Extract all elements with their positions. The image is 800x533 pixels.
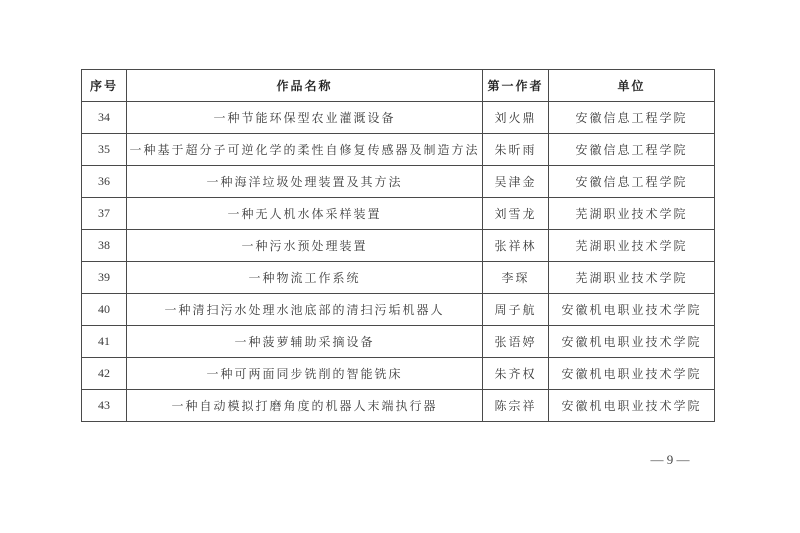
header-serial-number: 序号 [82, 70, 127, 102]
cell-serial-number: 40 [82, 294, 127, 326]
cell-unit: 安徽机电职业技术学院 [549, 326, 715, 358]
cell-first-author: 刘雪龙 [483, 198, 549, 230]
table-row: 35 一种基于超分子可逆化学的柔性自修复传感器及制造方法 朱昕雨 安徽信息工程学… [82, 134, 715, 166]
cell-first-author: 周子航 [483, 294, 549, 326]
cell-first-author: 李琛 [483, 262, 549, 294]
cell-unit: 安徽信息工程学院 [549, 102, 715, 134]
cell-work-title: 一种基于超分子可逆化学的柔性自修复传感器及制造方法 [127, 134, 483, 166]
table-row: 42 一种可两面同步铣削的智能铣床 朱齐权 安徽机电职业技术学院 [82, 358, 715, 390]
cell-unit: 安徽信息工程学院 [549, 134, 715, 166]
cell-first-author: 张祥林 [483, 230, 549, 262]
cell-serial-number: 41 [82, 326, 127, 358]
cell-work-title: 一种海洋垃圾处理装置及其方法 [127, 166, 483, 198]
cell-unit: 安徽信息工程学院 [549, 166, 715, 198]
cell-unit: 芜湖职业技术学院 [549, 262, 715, 294]
cell-serial-number: 42 [82, 358, 127, 390]
table-row: 38 一种污水预处理装置 张祥林 芜湖职业技术学院 [82, 230, 715, 262]
cell-first-author: 张语婷 [483, 326, 549, 358]
table-row: 37 一种无人机水体采样装置 刘雪龙 芜湖职业技术学院 [82, 198, 715, 230]
cell-serial-number: 36 [82, 166, 127, 198]
cell-first-author: 朱齐权 [483, 358, 549, 390]
table-header-row: 序号 作品名称 第一作者 单位 [82, 70, 715, 102]
cell-unit: 安徽机电职业技术学院 [549, 390, 715, 422]
table-row: 36 一种海洋垃圾处理装置及其方法 吴津金 安徽信息工程学院 [82, 166, 715, 198]
table-row: 34 一种节能环保型农业灌溉设备 刘火鼎 安徽信息工程学院 [82, 102, 715, 134]
cell-serial-number: 38 [82, 230, 127, 262]
document-page: 序号 作品名称 第一作者 单位 34 一种节能环保型农业灌溉设备 刘火鼎 安徽信… [0, 0, 800, 533]
cell-unit: 芜湖职业技术学院 [549, 198, 715, 230]
cell-work-title: 一种清扫污水处理水池底部的清扫污垢机器人 [127, 294, 483, 326]
cell-work-title: 一种可两面同步铣削的智能铣床 [127, 358, 483, 390]
cell-unit: 芜湖职业技术学院 [549, 230, 715, 262]
awards-table: 序号 作品名称 第一作者 单位 34 一种节能环保型农业灌溉设备 刘火鼎 安徽信… [81, 69, 715, 422]
cell-serial-number: 34 [82, 102, 127, 134]
table-row: 40 一种清扫污水处理水池底部的清扫污垢机器人 周子航 安徽机电职业技术学院 [82, 294, 715, 326]
cell-unit: 安徽机电职业技术学院 [549, 358, 715, 390]
cell-work-title: 一种节能环保型农业灌溉设备 [127, 102, 483, 134]
cell-serial-number: 37 [82, 198, 127, 230]
page-number: — 9 — [640, 452, 700, 468]
table-row: 41 一种菠萝辅助采摘设备 张语婷 安徽机电职业技术学院 [82, 326, 715, 358]
table-row: 43 一种自动模拟打磨角度的机器人末端执行器 陈宗祥 安徽机电职业技术学院 [82, 390, 715, 422]
cell-work-title: 一种无人机水体采样装置 [127, 198, 483, 230]
cell-unit: 安徽机电职业技术学院 [549, 294, 715, 326]
cell-serial-number: 35 [82, 134, 127, 166]
cell-serial-number: 43 [82, 390, 127, 422]
cell-serial-number: 39 [82, 262, 127, 294]
header-first-author: 第一作者 [483, 70, 549, 102]
header-unit: 单位 [549, 70, 715, 102]
cell-work-title: 一种污水预处理装置 [127, 230, 483, 262]
header-work-title: 作品名称 [127, 70, 483, 102]
cell-first-author: 陈宗祥 [483, 390, 549, 422]
cell-work-title: 一种物流工作系统 [127, 262, 483, 294]
table-row: 39 一种物流工作系统 李琛 芜湖职业技术学院 [82, 262, 715, 294]
cell-first-author: 朱昕雨 [483, 134, 549, 166]
cell-first-author: 刘火鼎 [483, 102, 549, 134]
cell-work-title: 一种菠萝辅助采摘设备 [127, 326, 483, 358]
cell-first-author: 吴津金 [483, 166, 549, 198]
cell-work-title: 一种自动模拟打磨角度的机器人末端执行器 [127, 390, 483, 422]
